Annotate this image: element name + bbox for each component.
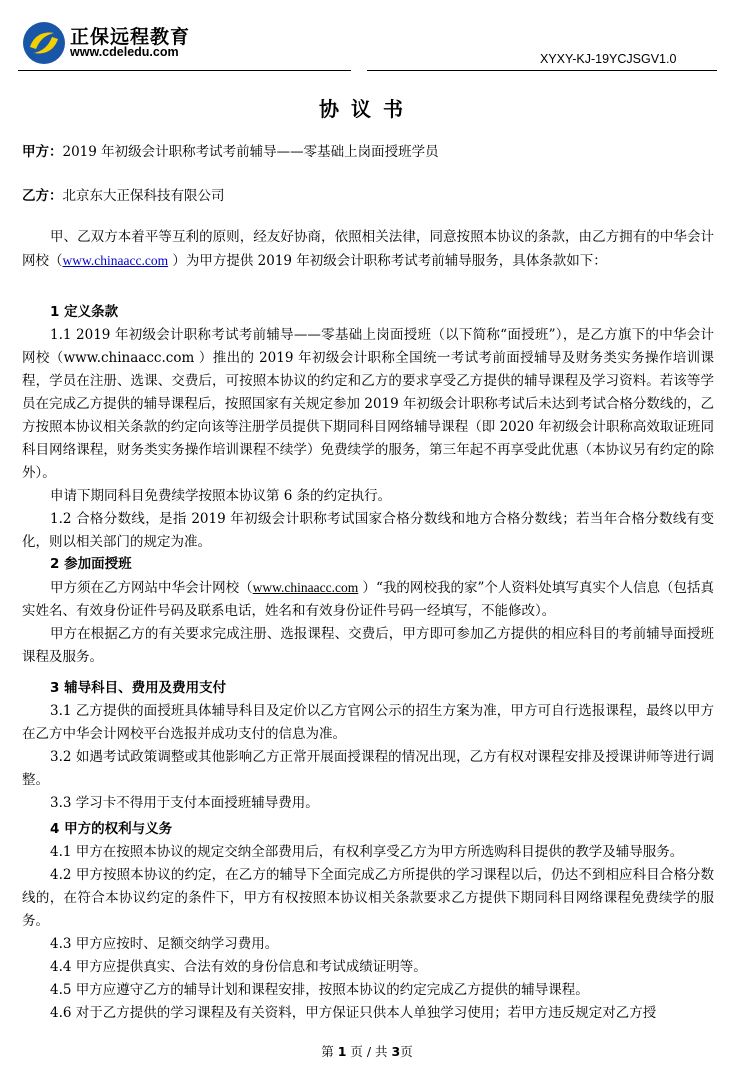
party-a-label: 甲方： — [22, 144, 63, 160]
cdeledu-logo-icon — [22, 21, 66, 65]
clause-4-4: 4.4 甲方应提供真实、合法有效的身份信息和考试成绩证明等。 — [22, 956, 714, 979]
document-title: 协议书 — [0, 93, 734, 122]
section-heading: 1 定义条款 — [22, 301, 714, 324]
party-b-value: 北京东大正保科技有限公司 — [63, 188, 225, 204]
clause-3-2: 3.2 如遇考试政策调整或其他影响乙方正常开展面授课程的情况出现，乙方有权对课程… — [22, 746, 714, 792]
clause-2-p1: 甲方须在乙方网站中华会计网校（www.chinaacc.com ）“我的网校我的… — [22, 576, 714, 623]
clause-3-1: 3.1 乙方提供的面授班具体辅导科目及定价以乙方官网公示的招生方案为准，甲方可自… — [22, 700, 714, 746]
clause-4-1: 4.1 甲方在按照本协议的规定交纳全部费用后，有权利享受乙方为甲方所选购科目提供… — [22, 841, 714, 864]
intro-text: ）为甲方提供 2019 年初级会计职称考试考前辅导服务，具体条款如下： — [168, 253, 607, 269]
page-header: 正保远程教育 www.cdeledu.com XYXY-KJ-19YCJSGV1… — [0, 0, 734, 72]
intro-paragraph: 甲、乙双方本着平等互利的原则，经友好协商，依照相关法律，同意按照本协议的条款，由… — [22, 226, 714, 273]
section-4: 4 甲方的权利与义务 4.1 甲方在按照本协议的规定交纳全部费用后，有权利享受乙… — [22, 818, 714, 1025]
clause-4-2: 4.2 甲方按照本协议的约定，在乙方的辅导下全面完成乙方所提供的学习课程以后，仍… — [22, 864, 714, 933]
section-heading: 4 甲方的权利与义务 — [22, 818, 714, 841]
clause-1-1: 1.1 2019 年初级会计职称考试考前辅导——零基础上岗面授班（以下简称“面授… — [22, 324, 714, 485]
brand-url: www.cdeledu.com — [70, 45, 179, 59]
section-2: 2 参加面授班 甲方须在乙方网站中华会计网校（www.chinaacc.com … — [22, 553, 714, 669]
page-footer: 第 1 页 / 共 3页 — [0, 1042, 734, 1060]
section-heading: 3 辅导科目、费用及费用支付 — [22, 677, 714, 700]
section-heading: 2 参加面授班 — [22, 553, 714, 576]
clause-2-p2: 甲方在根据乙方的有关要求完成注册、选报课程、交费后，甲方即可参加乙方提供的相应科… — [22, 623, 714, 669]
total-pages: 3 — [392, 1044, 401, 1059]
clause-4-5: 4.5 甲方应遵守乙方的辅导计划和课程安排，按照本协议的约定完成乙方提供的辅导课… — [22, 979, 714, 1002]
party-a: 甲方：2019 年初级会计职称考试考前辅导——零基础上岗面授班学员 — [22, 140, 439, 160]
party-a-value: 2019 年初级会计职称考试考前辅导——零基础上岗面授班学员 — [63, 144, 439, 160]
header-divider — [18, 70, 351, 71]
header-divider — [367, 70, 717, 71]
clause-1-note: 申请下期同科目免费续学按照本协议第 6 条的约定执行。 — [22, 485, 714, 508]
clause-4-3: 4.3 甲方应按时、足额交纳学习费用。 — [22, 933, 714, 956]
clause-1-2: 1.2 合格分数线，是指 2019 年初级会计职称考试国家合格分数线和地方合格分… — [22, 508, 714, 554]
chinaacc-link[interactable]: www.chinaacc.com — [253, 580, 359, 595]
clause-3-3: 3.3 学习卡不得用于支付本面授班辅导费用。 — [22, 792, 714, 815]
section-3: 3 辅导科目、费用及费用支付 3.1 乙方提供的面授班具体辅导科目及定价以乙方官… — [22, 677, 714, 815]
party-b-label: 乙方： — [22, 188, 63, 204]
document-code: XYXY-KJ-19YCJSGV1.0 — [540, 52, 676, 66]
chinaacc-link[interactable]: www.chinaacc.com — [63, 253, 169, 268]
party-b: 乙方：北京东大正保科技有限公司 — [22, 184, 225, 204]
clause-4-6: 4.6 对于乙方提供的学习课程及有关资料，甲方保证只供本人单独学习使用；若甲方违… — [22, 1002, 714, 1025]
section-1: 1 定义条款 1.1 2019 年初级会计职称考试考前辅导——零基础上岗面授班（… — [22, 301, 714, 554]
